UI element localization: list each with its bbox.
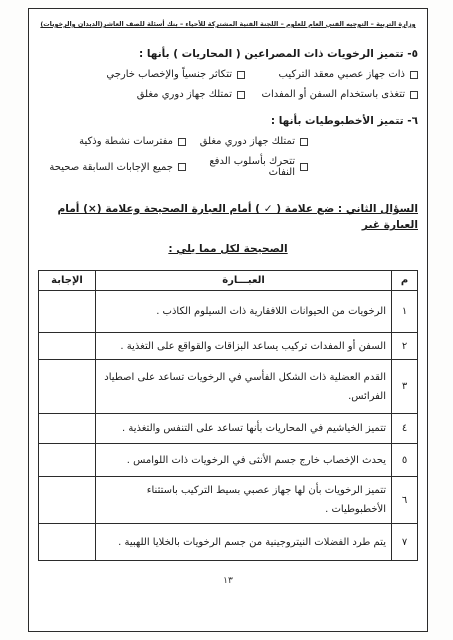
column-header-answer: الإجابة [39,271,96,291]
answer-cell[interactable] [39,414,96,444]
answer-cell[interactable] [39,524,96,561]
statement-text: السفن أو المفدات تركيب يساعد البزاقات وا… [96,333,392,360]
statements-table: م العبـــارة الإجابة ١ الرخويات من الحيو… [38,270,418,561]
option-label: تمتلك جهاز دوري مغلق [200,136,295,147]
prompt-line-2: الصحيحة لكل مما يلي : [38,241,418,257]
answer-cell[interactable] [39,360,96,414]
exam-page: وزارة التربية – التوجيه الفني العام للعل… [28,8,428,632]
answer-checkbox[interactable] [178,163,186,171]
answer-checkbox[interactable] [237,71,245,79]
table-row: ٢ السفن أو المفدات تركيب يساعد البزاقات … [39,333,418,360]
option-label: تمتلك جهاز دوري مغلق [137,89,232,100]
row-number: ٥ [392,444,418,477]
table-row: ٣ القدم العضلية ذات الشكل الفأسي في الرخ… [39,360,418,414]
statement-text: القدم العضلية ذات الشكل الفأسي في الرخوي… [96,360,392,414]
answer-checkbox[interactable] [237,91,245,99]
option: تمتلك جهاز دوري مغلق [137,89,245,100]
option: تتحرك بأسلوب الدفع النفاث [186,156,308,178]
option: تتغذى باستخدام السفن أو المفدات [245,89,418,100]
option-label: ذات جهاز عصبي معقد التركيب [279,69,405,80]
q6-options-row-1: تمتلك جهاز دوري مغلق مفترسات نشطة وذكية [38,136,418,147]
answer-cell[interactable] [39,291,96,333]
answer-checkbox[interactable] [410,71,418,79]
table-row: ٤ تتميز الخياشيم في المحاريات بأنها تساع… [39,414,418,444]
option: تمتلك جهاز دوري مغلق [186,136,308,147]
row-number: ١ [392,291,418,333]
column-header-number: م [392,271,418,291]
q5-options-row-1: ذات جهاز عصبي معقد التركيب تتكاثر جنسياً… [38,69,418,80]
table-header-row: م العبـــارة الإجابة [39,271,418,291]
answer-cell[interactable] [39,477,96,524]
row-number: ٧ [392,524,418,561]
option-label: تتحرك بأسلوب الدفع النفاث [186,156,295,178]
option: جميع الإجابات السابقة صحيحة [49,156,186,178]
answer-checkbox[interactable] [178,138,186,146]
table-row: ٦ تتميز الرخويات بأن لها جهاز عصبي بسيط … [39,477,418,524]
page-number: ١٣ [38,576,418,586]
option-label: جميع الإجابات السابقة صحيحة [49,162,173,173]
statement-text: تتميز الخياشيم في المحاريات بأنها تساعد … [96,414,392,444]
statement-text: الرخويات من الحيوانات اللافقارية ذات الس… [96,291,392,333]
answer-cell[interactable] [39,333,96,360]
row-number: ٦ [392,477,418,524]
option-label: تتكاثر جنسياً والإخصاب خارجي [106,69,232,80]
question-6: ٦- تتميز الأخطبوطيات بأنها : تمتلك جهاز … [38,115,418,178]
question-5-title: ٥- تتميز الرخويات ذات المصراعين ( المحار… [38,48,418,60]
answer-cell[interactable] [39,444,96,477]
q5-options-row-2: تتغذى باستخدام السفن أو المفدات تمتلك جه… [38,89,418,100]
document-header: وزارة التربية – التوجيه الفني العام للعل… [38,20,418,28]
statement-text: يحدث الإخصاب خارج جسم الأنثى في الرخويات… [96,444,392,477]
question-6-title: ٦- تتميز الأخطبوطيات بأنها : [38,115,418,127]
table-row: ١ الرخويات من الحيوانات اللافقارية ذات ا… [39,291,418,333]
answer-checkbox[interactable] [410,91,418,99]
table-row: ٧ يتم طرد الفضلات النيتروجينية من جسم ال… [39,524,418,561]
row-number: ٣ [392,360,418,414]
prompt-line-1: السؤال الثاني : ضع علامة ( ✓ ) أمام العب… [38,201,418,234]
row-number: ٤ [392,414,418,444]
table-row: ٥ يحدث الإخصاب خارج جسم الأنثى في الرخوي… [39,444,418,477]
statement-text: يتم طرد الفضلات النيتروجينية من جسم الرخ… [96,524,392,561]
option-label: تتغذى باستخدام السفن أو المفدات [262,89,405,100]
column-header-statement: العبـــارة [96,271,392,291]
option-label: مفترسات نشطة وذكية [79,136,173,147]
question-2-prompt: السؤال الثاني : ضع علامة ( ✓ ) أمام العب… [38,201,418,257]
row-number: ٢ [392,333,418,360]
option: تتكاثر جنسياً والإخصاب خارجي [106,69,245,80]
statement-text: تتميز الرخويات بأن لها جهاز عصبي بسيط ال… [96,477,392,524]
question-5: ٥- تتميز الرخويات ذات المصراعين ( المحار… [38,48,418,100]
answer-checkbox[interactable] [300,163,308,171]
option: مفترسات نشطة وذكية [79,136,186,147]
option: ذات جهاز عصبي معقد التركيب [245,69,418,80]
q6-options-row-2: تتحرك بأسلوب الدفع النفاث جميع الإجابات … [38,156,418,178]
answer-checkbox[interactable] [300,138,308,146]
